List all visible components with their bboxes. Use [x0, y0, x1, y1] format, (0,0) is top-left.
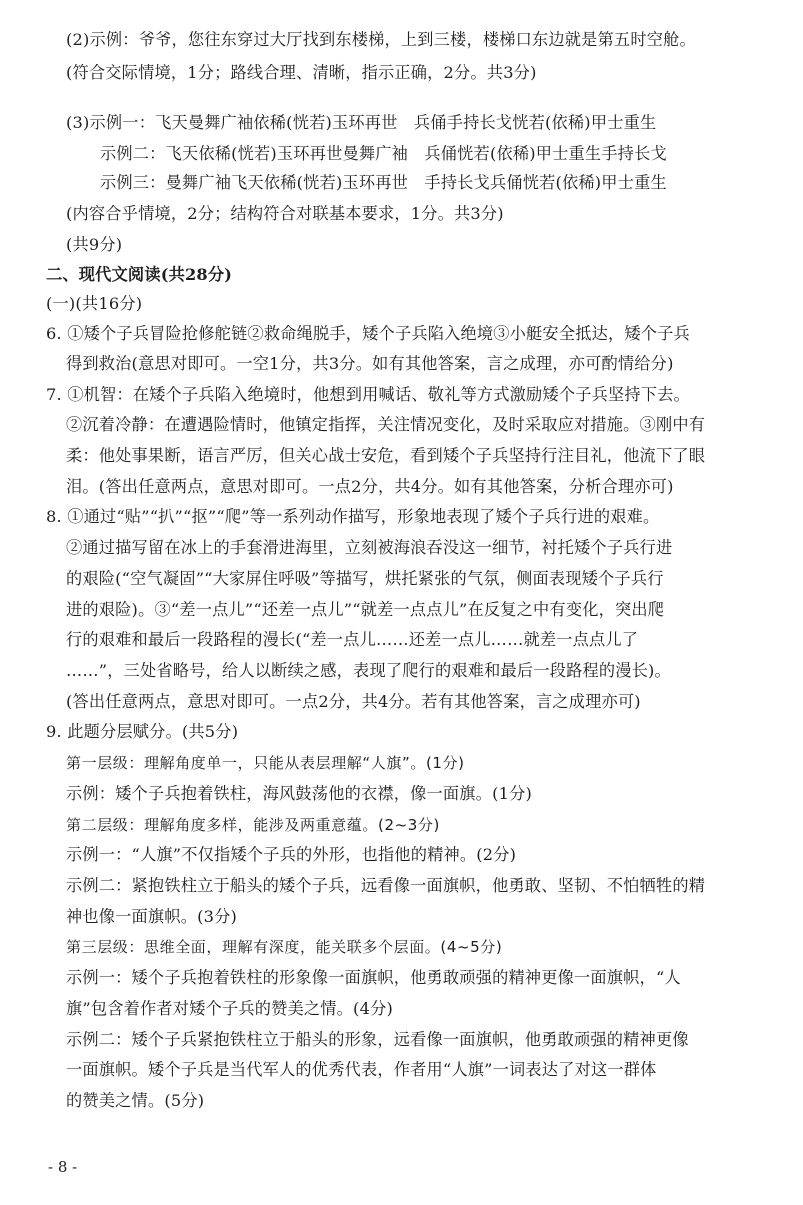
text-line: (符合交际情境，1分；路线合理、清晰，指示正确，2分。共3分) [66, 62, 537, 84]
text-line: ②通过描写留在冰上的手套滑进海里，立刻被海浪吞没这一细节，衬托矮个子兵行进 [66, 537, 672, 559]
text-line: 示例二：矮个子兵紧抱铁柱立于船头的形象，远看像一面旗帜，他勇敢顽强的精神更像 [66, 1029, 689, 1051]
text-line: 旗”包含着作者对矮个子兵的赞美之情。(4分) [66, 998, 393, 1020]
text-line: (答出任意两点，意思对即可。一点2分，共4分。若有其他答案，言之成理亦可) [66, 691, 641, 713]
text-line: 示例二：紧抱铁柱立于船头的矮个子兵，远看像一面旗帜，他勇敢、坚韧、不怕牺牲的精 [66, 875, 705, 897]
text-line: ……”，三处省略号，给人以断续之感，表现了爬行的艰难和最后一段路程的漫长)。 [66, 660, 671, 682]
text-line: 示例二：飞天依稀(恍若)玉环再世曼舞广袖 兵俑恍若(依稀)甲士重生手持长戈 [100, 143, 667, 165]
text-line: (内容合乎情境，2分；结构符合对联基本要求，1分。共3分) [66, 203, 504, 225]
text-line: 示例：矮个子兵抱着铁柱，海风鼓荡他的衣襟，像一面旗。(1分) [66, 783, 532, 805]
text-line: 进的艰险)。③“差一点儿”“还差一点儿”“就差一点点儿”在反复之中有变化，突出爬 [66, 599, 664, 621]
page-number: - 8 - [48, 1158, 77, 1176]
text-line: 的赞美之情。(5分) [66, 1090, 204, 1112]
text-line: ②沉着冷静：在遭遇险情时，他镇定指挥，关注情况变化，及时采取应对措施。③刚中有 [66, 414, 705, 436]
text-line: (一)(共16分) [46, 293, 142, 315]
text-line: 示例一：“人旗”不仅指矮个子兵的外形，也指他的精神。(2分) [66, 844, 516, 866]
document-page: (2)示例：爷爷，您往东穿过大厅找到东楼梯，上到三楼，楼梯口东边就是第五时空舱。… [0, 0, 803, 1205]
text-line: (2)示例：爷爷，您往东穿过大厅找到东楼梯，上到三楼，楼梯口东边就是第五时空舱。 [66, 29, 696, 51]
text-line: 行的艰难和最后一段路程的漫长(“差一点儿……还差一点儿……就差一点点儿了 [66, 629, 638, 651]
text-line: 6. ①矮个子兵冒险抢修舵链②救命绳脱手，矮个子兵陷入绝境③小艇安全抵达，矮个子… [46, 323, 690, 345]
text-line: 9. 此题分层赋分。(共5分) [46, 721, 238, 743]
text-line: 泪。(答出任意两点，意思对即可。一点2分，共4分。如有其他答案，分析合理亦可) [66, 476, 674, 498]
text-line: 第二层级：理解角度多样，能涉及两重意蕴。(2~3分) [66, 814, 440, 836]
text-line: (共9分) [66, 234, 122, 256]
text-line: (3)示例一：飞天曼舞广袖依稀(恍若)玉环再世 兵俑手持长戈恍若(依稀)甲士重生 [66, 112, 656, 134]
text-line: 柔：他处事果断，语言严厉，但关心战士安危，看到矮个子兵坚持行注目礼，他流下了眼 [66, 445, 705, 467]
text-line: 示例一：矮个子兵抱着铁柱的形象像一面旗帜，他勇敢顽强的精神更像一面旗帜，“人 [66, 967, 681, 989]
text-line: 二、现代文阅读(共28分) [46, 264, 232, 286]
text-line: 第一层级：理解角度单一，只能从表层理解“人旗”。(1分) [66, 752, 465, 774]
text-line: 7. ①机智：在矮个子兵陷入绝境时，他想到用喊话、敬礼等方式激励矮个子兵坚持下去… [46, 384, 690, 406]
text-line: 第三层级：思维全面，理解有深度，能关联多个层面。(4~5分) [66, 936, 502, 958]
text-line: 的艰险(“空气凝固”“大家屏住呼吸”等描写，烘托紧张的气氛，侧面表现矮个子兵行 [66, 568, 664, 590]
text-line: 一面旗帜。矮个子兵是当代军人的优秀代表，作者用“人旗”一词表达了对这一群体 [66, 1059, 657, 1081]
text-line: 8. ①通过“贴”“扒”“抠”“爬”等一系列动作描写，形象地表现了矮个子兵行进的… [46, 506, 659, 528]
text-line: 示例三：曼舞广袖飞天依稀(恍若)玉环再世 手持长戈兵俑恍若(依稀)甲士重生 [100, 172, 667, 194]
text-line: 神也像一面旗帜。(3分) [66, 906, 237, 928]
text-line: 得到救治(意思对即可。一空1分，共3分。如有其他答案，言之成理，亦可酌情给分) [66, 353, 674, 375]
